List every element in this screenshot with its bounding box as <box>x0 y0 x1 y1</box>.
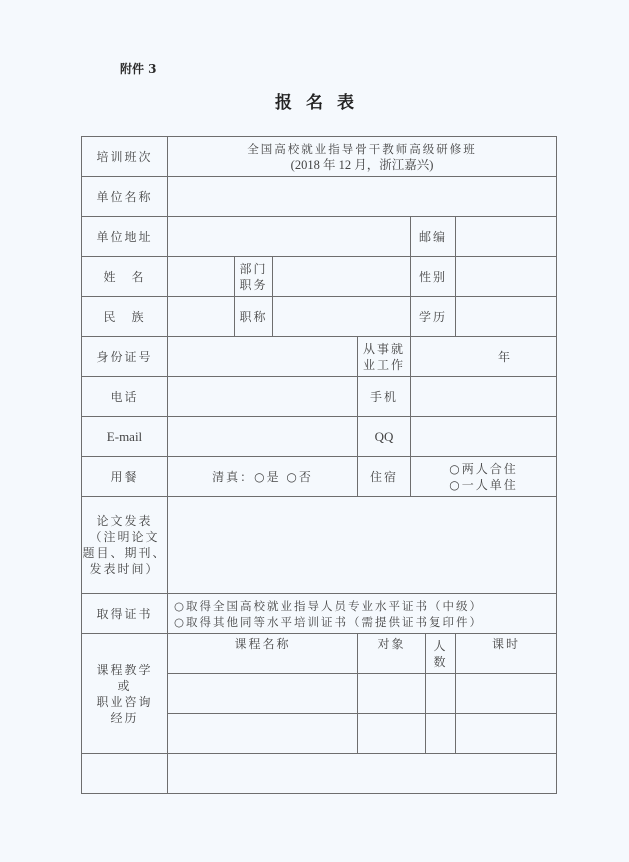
mobile-field[interactable] <box>411 377 557 417</box>
papers-label-line: 题目、期刊、 <box>82 545 167 561</box>
halal-no-radio[interactable]: ○否 <box>286 470 312 484</box>
gender-field[interactable] <box>456 257 557 297</box>
teaching-label-line: 职业咨询 <box>82 694 167 710</box>
title-rank-label: 职称 <box>235 297 273 337</box>
lodging-label: 住宿 <box>358 457 411 497</box>
teaching-label-line: 课程教学 <box>82 662 167 678</box>
employment-years-label: 从事就 业工作 <box>358 337 411 377</box>
dept-position-field[interactable] <box>273 257 411 297</box>
hours-cell[interactable] <box>456 674 557 714</box>
row-certificates: 取得证书 ○取得全国高校就业指导人员专业水平证书（中级） ○取得其他同等水平培训… <box>82 594 557 634</box>
meals-options: 清真：○是 ○否 <box>168 457 358 497</box>
employment-years-field[interactable]: 年 <box>411 337 557 377</box>
phone-label: 电话 <box>82 377 168 417</box>
gender-label: 性别 <box>411 257 456 297</box>
training-class-value: 全国高校就业指导骨干教师高级研修班 (2018 年 12 月，浙江嘉兴) <box>168 137 557 177</box>
org-name-label: 单位名称 <box>82 177 168 217</box>
qq-field[interactable] <box>411 417 557 457</box>
row-ethnicity: 民 族 职称 学历 <box>82 297 557 337</box>
count-label-line: 人 <box>426 638 455 654</box>
papers-label-line: 发表时间） <box>82 561 167 577</box>
col-course-name: 课程名称 <box>168 634 358 674</box>
name-label: 姓 名 <box>82 257 168 297</box>
row-org-address: 单位地址 邮编 <box>82 217 557 257</box>
phone-field[interactable] <box>168 377 358 417</box>
email-field[interactable] <box>168 417 358 457</box>
last-row-label <box>82 754 168 794</box>
position-label-line: 职务 <box>235 277 272 293</box>
certificate-other-radio[interactable]: ○取得其他同等水平培训证书（需提供证书复印件） <box>174 614 556 630</box>
education-label: 学历 <box>411 297 456 337</box>
teaching-label-line: 或 <box>82 678 167 694</box>
papers-field[interactable] <box>168 497 557 594</box>
meals-label: 用餐 <box>82 457 168 497</box>
col-audience: 对象 <box>358 634 426 674</box>
row-email: E-mail QQ <box>82 417 557 457</box>
audience-cell[interactable] <box>358 714 426 754</box>
audience-cell[interactable] <box>358 674 426 714</box>
course-name-cell[interactable] <box>168 674 358 714</box>
lodging-options: ○两人合住 ○一人单住 <box>411 457 557 497</box>
hours-cell[interactable] <box>456 714 557 754</box>
teaching-label: 课程教学 或 职业咨询 经历 <box>82 634 168 754</box>
name-field[interactable] <box>168 257 235 297</box>
postcode-field[interactable] <box>456 217 557 257</box>
dept-label-line: 部门 <box>235 261 272 277</box>
row-papers: 论文发表 （注明论文 题目、期刊、 发表时间） <box>82 497 557 594</box>
id-number-field[interactable] <box>168 337 358 377</box>
row-id-number: 身份证号 从事就 业工作 年 <box>82 337 557 377</box>
lodging-single-radio[interactable]: ○一人单住 <box>411 477 556 493</box>
papers-label: 论文发表 （注明论文 题目、期刊、 发表时间） <box>82 497 168 594</box>
certificate-national-radio[interactable]: ○取得全国高校就业指导人员专业水平证书（中级） <box>174 598 556 614</box>
papers-label-line: 论文发表 <box>82 513 167 529</box>
attachment-label: 附件 3 <box>120 60 157 77</box>
training-class-label: 培训班次 <box>82 137 168 177</box>
lodging-shared-radio[interactable]: ○两人合住 <box>411 461 556 477</box>
postcode-label: 邮编 <box>411 217 456 257</box>
course-name-cell[interactable] <box>168 714 358 754</box>
registration-form-table: 培训班次 全国高校就业指导骨干教师高级研修班 (2018 年 12 月，浙江嘉兴… <box>81 136 557 794</box>
row-training-class: 培训班次 全国高校就业指导骨干教师高级研修班 (2018 年 12 月，浙江嘉兴… <box>82 137 557 177</box>
count-label-line: 数 <box>426 654 455 670</box>
page-title: 报名表 <box>0 88 629 113</box>
certificates-options: ○取得全国高校就业指导人员专业水平证书（中级） ○取得其他同等水平培训证书（需提… <box>168 594 557 634</box>
years-unit: 年 <box>498 350 512 364</box>
id-number-label: 身份证号 <box>82 337 168 377</box>
halal-yes-radio[interactable]: ○是 <box>254 470 280 484</box>
row-last <box>82 754 557 794</box>
papers-label-line: （注明论文 <box>82 529 167 545</box>
employment-label-line1: 从事就 <box>358 341 410 357</box>
employment-label-line2: 业工作 <box>358 357 410 373</box>
col-hours: 课时 <box>456 634 557 674</box>
ethnicity-field[interactable] <box>168 297 235 337</box>
row-name: 姓 名 部门 职务 性别 <box>82 257 557 297</box>
count-cell[interactable] <box>426 714 456 754</box>
dept-position-label: 部门 职务 <box>235 257 273 297</box>
halal-prefix: 清真： <box>212 470 254 484</box>
education-field[interactable] <box>456 297 557 337</box>
title-rank-field[interactable] <box>273 297 411 337</box>
org-address-field[interactable] <box>168 217 411 257</box>
training-class-date-location: (2018 年 12 月，浙江嘉兴) <box>168 157 556 173</box>
count-cell[interactable] <box>426 674 456 714</box>
certificates-label: 取得证书 <box>82 594 168 634</box>
col-count: 人 数 <box>426 634 456 674</box>
last-row-field[interactable] <box>168 754 557 794</box>
row-phone: 电话 手机 <box>82 377 557 417</box>
mobile-label: 手机 <box>358 377 411 417</box>
org-name-field[interactable] <box>168 177 557 217</box>
training-class-name: 全国高校就业指导骨干教师高级研修班 <box>168 141 556 157</box>
row-teaching-header: 课程教学 或 职业咨询 经历 课程名称 对象 人 数 课时 <box>82 634 557 674</box>
row-meals: 用餐 清真：○是 ○否 住宿 ○两人合住 ○一人单住 <box>82 457 557 497</box>
ethnicity-label: 民 族 <box>82 297 168 337</box>
email-label: E-mail <box>82 417 168 457</box>
org-address-label: 单位地址 <box>82 217 168 257</box>
qq-label: QQ <box>358 417 411 457</box>
teaching-label-line: 经历 <box>82 710 167 726</box>
row-org-name: 单位名称 <box>82 177 557 217</box>
